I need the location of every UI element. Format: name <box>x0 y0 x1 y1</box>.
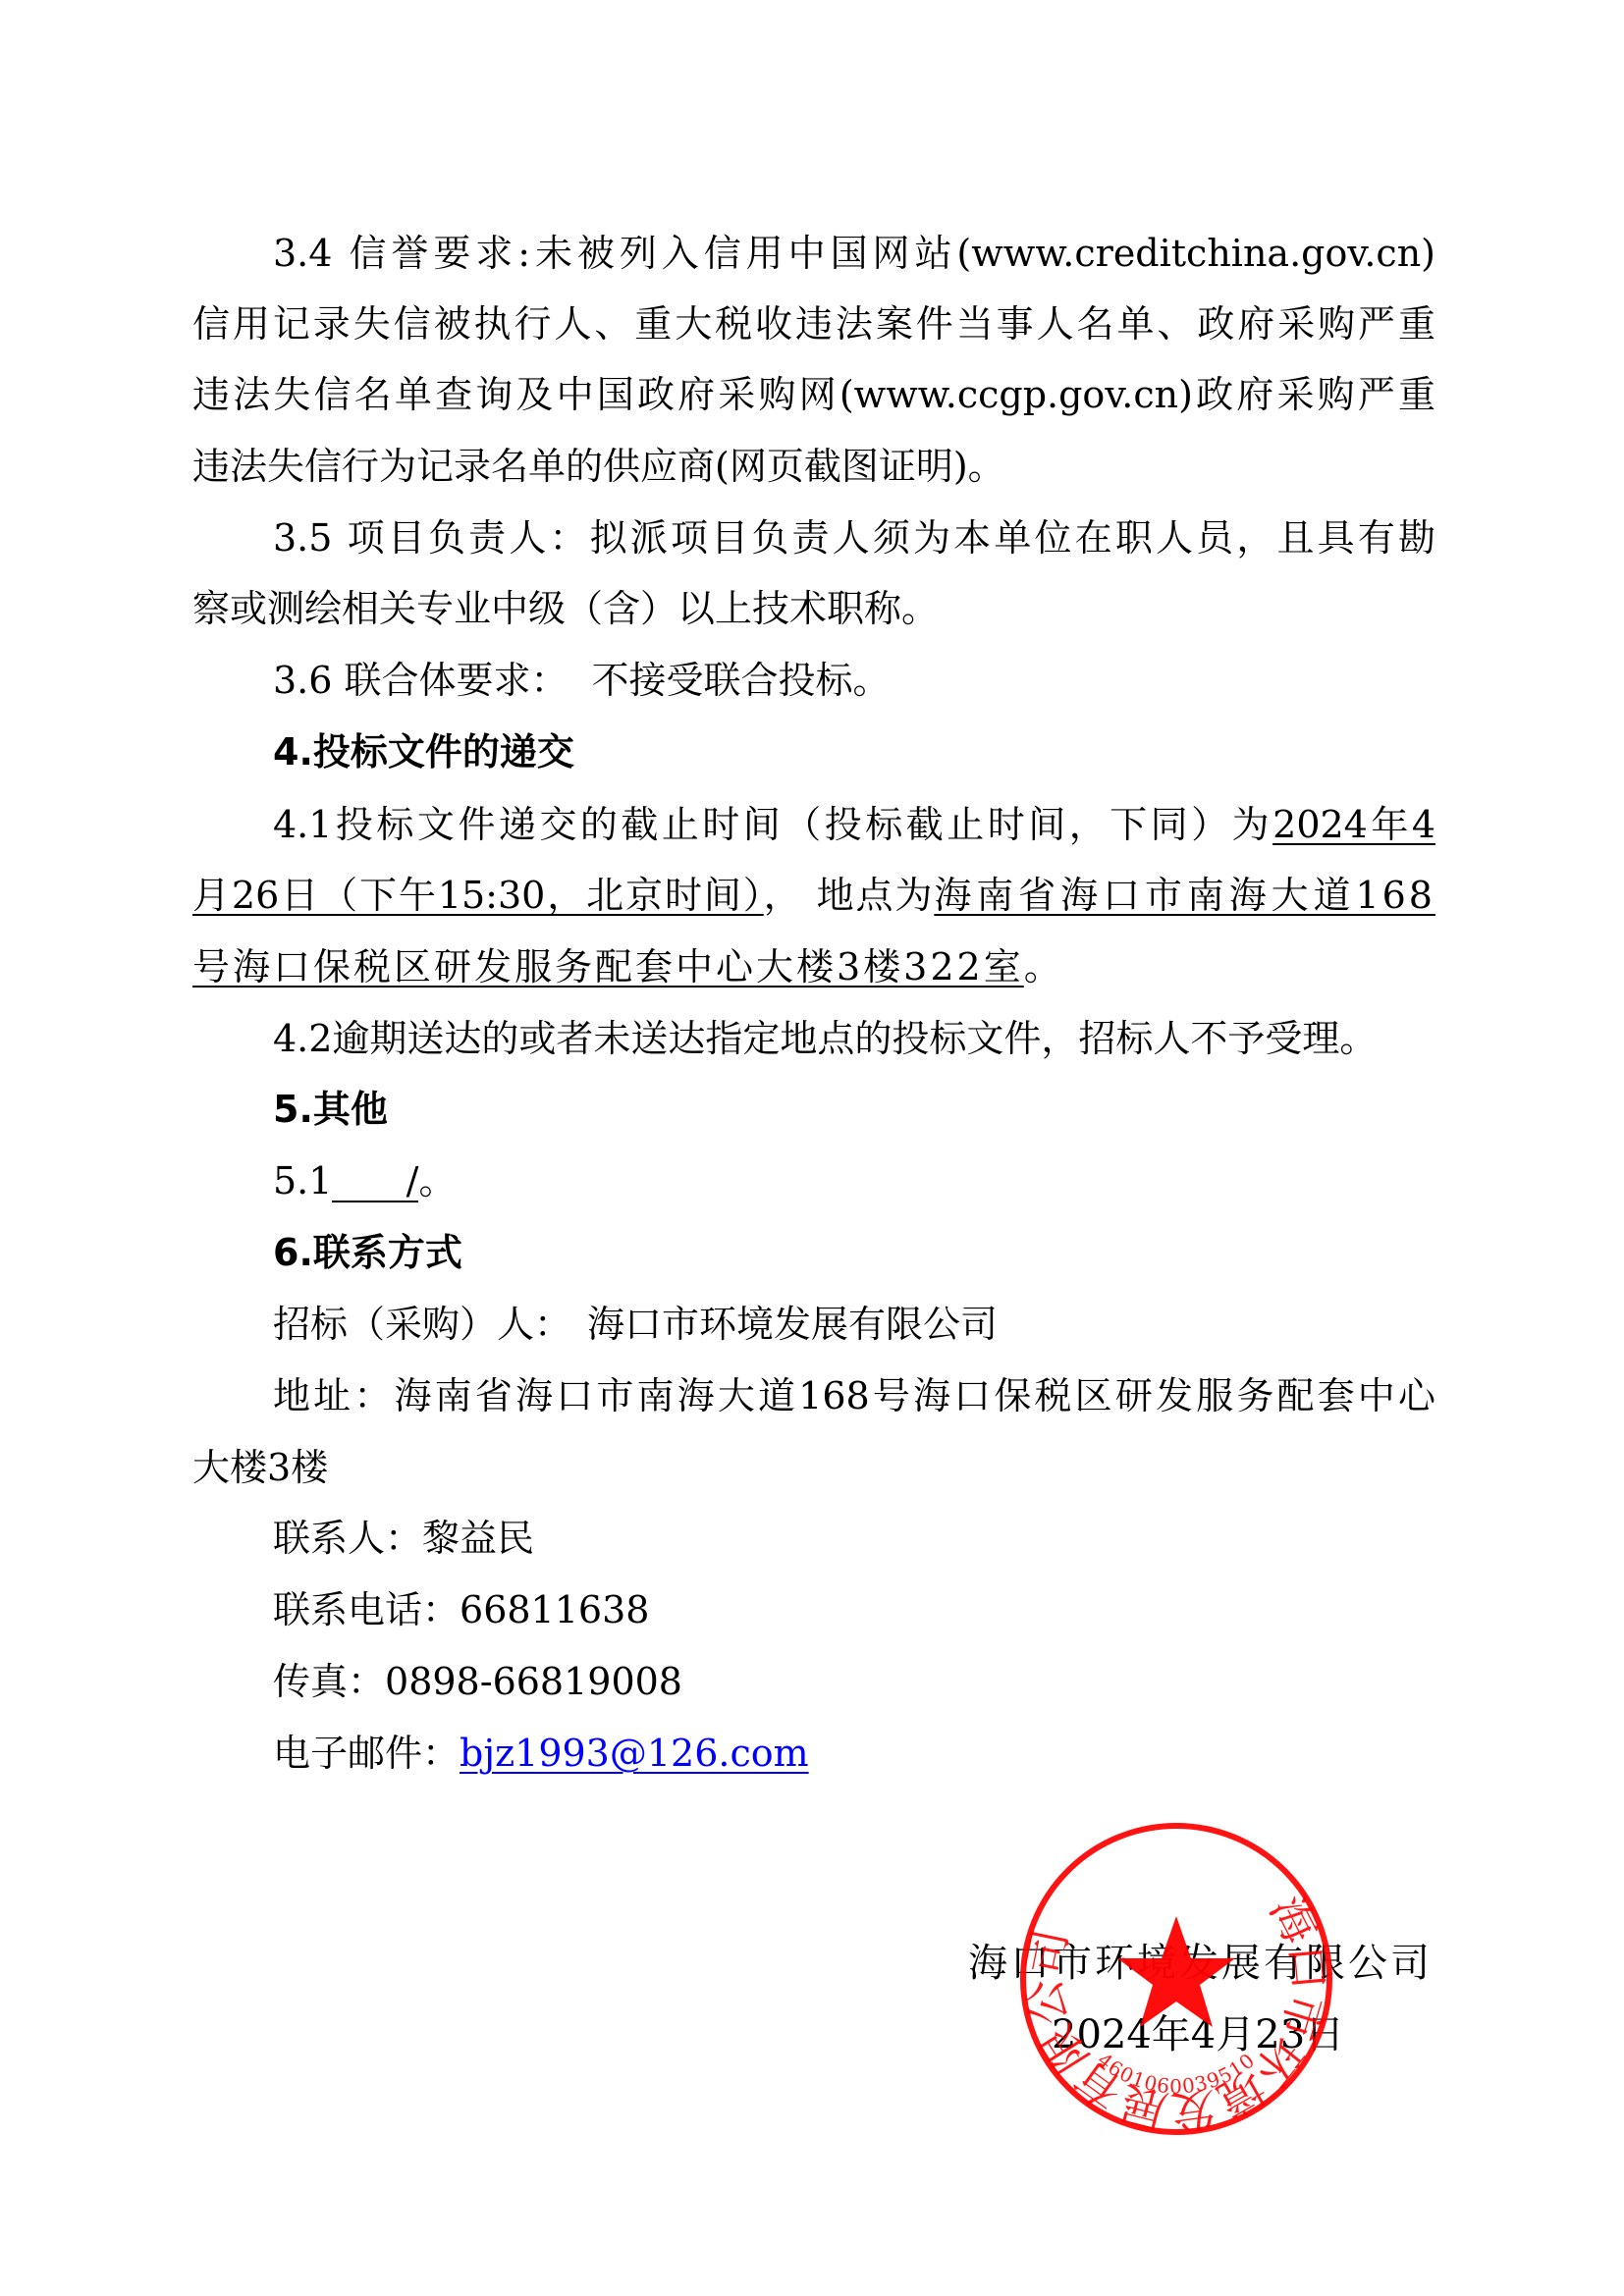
section-6-heading: 6.联系方式 <box>273 1217 1435 1288</box>
item-3-6-label: 3.6 联合体要求： <box>273 659 568 702</box>
item-3-5-line-2: 察或测绘相关专业中级（含）以上技术职称。 <box>192 573 1435 644</box>
item-5-1-label: 5.1 <box>273 1159 332 1202</box>
email-link[interactable]: bjz1993@126.com <box>460 1732 809 1775</box>
tenderer-row: 招标（采购）人：海口市环境发展有限公司 <box>273 1289 1435 1360</box>
location-text-part-1: 海南省海口市南海大道168 <box>934 874 1435 917</box>
signature-company: 海口市环境发展有限公司 <box>968 1928 1433 1999</box>
phone-label: 联系电话： <box>273 1588 460 1631</box>
item-3-6-value: 不接受联合投标。 <box>592 659 891 702</box>
item-3-5-line-1: 3.5 项目负责人：拟派项目负责人须为本单位在职人员，且具有勘 <box>273 503 1435 573</box>
deadline-text-part-1: 2024年4 <box>1272 803 1435 846</box>
email-label: 电子邮件： <box>273 1732 460 1775</box>
item-3-4-line-3: 违法失信名单查询及中国政府采购网(www.ccgp.gov.cn)政府采购严重 <box>192 359 1435 430</box>
document-page: 3.4 信誉要求:未被列入信用中国网站(www.creditchina.gov.… <box>0 0 1624 2296</box>
section-4-heading: 4.投标文件的递交 <box>273 717 1435 787</box>
address-row-2: 大楼3楼 <box>192 1432 1435 1503</box>
item-3-4-line-1: 3.4 信誉要求:未被列入信用中国网站(www.creditchina.gov.… <box>273 218 1435 289</box>
item-3-4-line-4: 违法失信行为记录名单的供应商(网页截图证明)。 <box>192 431 1435 502</box>
item-4-2: 4.2逾期送达的或者未送达指定地点的投标文件，招标人不予受理。 <box>273 1003 1435 1074</box>
item-4-1-end: 。 <box>1024 945 1061 988</box>
item-5-1: 5.1/。 <box>273 1146 1435 1216</box>
contact-label: 联系人： <box>273 1517 422 1560</box>
item-4-1-line-2: 月26日（下午15:30，北京时间）， 地点为海南省海口市南海大道168 <box>192 860 1435 931</box>
phone-value: 66811638 <box>460 1588 649 1631</box>
fax-value: 0898-66819008 <box>385 1660 682 1703</box>
signature-date: 2024年4月23日 <box>1052 2000 1344 2070</box>
item-4-1-line-1: 4.1投标文件递交的截止时间（投标截止时间，下同）为2024年4 <box>273 789 1435 860</box>
item-3-6: 3.6 联合体要求：不接受联合投标。 <box>273 645 1435 716</box>
contact-value: 黎益民 <box>422 1517 534 1560</box>
tenderer-label: 招标（采购）人： <box>273 1303 571 1346</box>
deadline-text-part-2: 月26日（下午15:30，北京时间） <box>192 874 764 917</box>
item-4-1-line-3: 号海口保税区研发服务配套中心大楼3楼322室。 <box>192 932 1435 1002</box>
item-5-1-end: 。 <box>418 1159 456 1202</box>
location-intro: ， 地点为 <box>764 874 935 917</box>
section-5-heading: 5.其他 <box>273 1074 1435 1145</box>
address-label: 地址： <box>273 1374 395 1417</box>
address-value-1: 海南省海口市南海大道168号海口保税区研发服务配套中心 <box>395 1374 1435 1417</box>
address-row-1: 地址：海南省海口市南海大道168号海口保税区研发服务配套中心 <box>273 1361 1435 1431</box>
contact-row: 联系人：黎益民 <box>273 1503 1435 1574</box>
item-4-1-prefix: 4.1投标文件递交的截止时间（投标截止时间，下同）为 <box>273 803 1272 846</box>
fax-row: 传真：0898-66819008 <box>273 1646 1435 1717</box>
tenderer-value: 海口市环境发展有限公司 <box>587 1303 998 1346</box>
phone-row: 联系电话：66811638 <box>273 1575 1435 1645</box>
fax-label: 传真： <box>273 1660 385 1703</box>
item-5-1-blank-field: / <box>332 1161 418 1202</box>
location-text-part-2: 号海口保税区研发服务配套中心大楼3楼322室 <box>192 945 1024 988</box>
email-row: 电子邮件：bjz1993@126.com <box>273 1718 1435 1789</box>
item-3-4-line-2: 信用记录失信被执行人、重大税收违法案件当事人名单、政府采购严重 <box>192 289 1435 359</box>
